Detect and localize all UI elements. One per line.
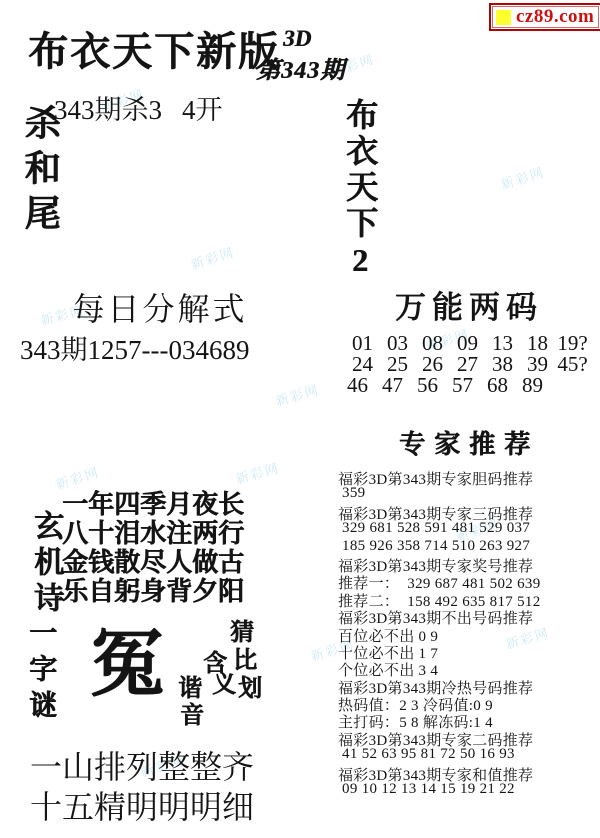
expert-lines: 福彩3D第343期专家胆码推荐 359 福彩3D第343期专家三码推荐 329 …	[338, 468, 600, 798]
expert-line: 福彩3D第343期专家二码推荐	[338, 729, 600, 746]
expert-line: 主打码：5 8 解冻码:1 4	[338, 711, 600, 728]
daily-decomposition-formula: 343期1257---034689	[20, 328, 300, 367]
expert-line: 个位必不出 3 4	[338, 659, 600, 676]
badge-square-icon	[496, 10, 511, 25]
expert-line: 热码值：2 3 冷码值:0 9	[338, 694, 600, 711]
two-code-value: 47	[375, 373, 410, 394]
two-code-value: 45?	[555, 352, 590, 373]
two-codes-section: 万能两码 01 03 08 09 13 18 19? 24 25 26 27 3…	[340, 282, 598, 394]
two-codes-title: 万能两码	[340, 282, 598, 327]
expert-section-title: 专家推荐	[338, 424, 600, 461]
expert-line: 41 52 63 95 81 72 50 16 93	[338, 746, 600, 763]
expert-line: 福彩3D第343期冷热号码推荐	[338, 677, 600, 694]
expert-line: 09 10 12 13 14 15 19 21 22	[338, 781, 600, 798]
riddle-hint-char: 划	[238, 668, 262, 703]
two-code-value: 39	[520, 352, 555, 373]
kill-sum-tail-vertical-label: 杀和尾	[22, 104, 58, 239]
daily-decomposition-title: 每日分解式	[20, 284, 300, 330]
two-code-value: 19?	[555, 331, 590, 352]
expert-recommendation-section: 专家推荐 福彩3D第343期专家胆码推荐 359 福彩3D第343期专家三码推荐…	[338, 424, 600, 798]
kill-summary-line: 343期杀34开	[54, 88, 223, 127]
riddle-hint-char: 音	[180, 695, 204, 730]
two-codes-row: 24 25 26 27 38 39 45?	[340, 352, 598, 373]
two-code-value: 08	[415, 331, 450, 352]
watermark: 新彩网	[273, 379, 322, 410]
watermark: 新彩网	[498, 162, 547, 194]
expert-line: 百位必不出 0 9	[338, 625, 600, 642]
footer-verse-line: 十五精明明明细	[30, 782, 254, 828]
site-badge[interactable]: cz89.com	[489, 3, 600, 31]
issue-label: 第343期	[256, 50, 345, 85]
expert-line: 福彩3D第343期不出号码推荐	[338, 607, 600, 624]
mystery-poem-vertical-label: 玄机诗	[30, 510, 60, 618]
page-title: 布衣天下新版	[28, 20, 280, 77]
riddle-hint-char: 义	[212, 664, 236, 699]
two-code-value: 01	[345, 331, 380, 352]
two-code-value: 68	[480, 373, 515, 394]
expert-line: 329 681 528 591 481 529 037	[338, 520, 600, 537]
poem-line: 乐自躬身背夕阳	[62, 577, 244, 606]
expert-line: 福彩3D第343期专家胆码推荐	[338, 468, 600, 485]
two-code-value: 24	[345, 352, 380, 373]
poem-line: 八十泪水注两行	[62, 519, 244, 548]
two-code-value: 09	[450, 331, 485, 352]
two-code-value: 56	[410, 373, 445, 394]
two-codes-grid: 01 03 08 09 13 18 19? 24 25 26 27 38 39 …	[340, 331, 598, 394]
two-codes-row: 01 03 08 09 13 18 19?	[340, 331, 598, 352]
expert-line: 福彩3D第343期专家奖号推荐	[338, 555, 600, 572]
watermark: 新彩网	[188, 242, 237, 274]
riddle-answer-character: 冤	[90, 628, 164, 702]
two-code-value: 03	[380, 331, 415, 352]
expert-line: 福彩3D第343期专家三码推荐	[338, 503, 600, 520]
two-code-value: 26	[415, 352, 450, 373]
two-code-value: 27	[450, 352, 485, 373]
expert-line: 福彩3D第343期专家和值推荐	[338, 764, 600, 781]
two-code-value: 18	[520, 331, 555, 352]
one-char-riddle-vertical-label: 一字谜	[26, 618, 54, 726]
expert-line: 推荐一： 329 687 481 502 639	[338, 572, 600, 589]
poem-line: 金钱散尽人做古	[62, 548, 244, 577]
poem-line: 一年四季月夜长	[62, 490, 244, 519]
brand-vertical-label: 布衣天下2	[344, 98, 376, 282]
expert-line: 推荐二： 158 492 635 817 512	[338, 590, 600, 607]
two-code-value: 89	[515, 373, 550, 394]
two-codes-row: 46 47 56 57 68 89	[340, 373, 598, 394]
watermark: 新彩网	[53, 462, 102, 494]
expert-line: 185 926 358 714 510 263 927	[338, 538, 600, 555]
kill-right-text: 4开	[182, 95, 223, 125]
site-badge-label: cz89.com	[516, 6, 594, 28]
two-code-value: 13	[485, 331, 520, 352]
mystery-poem: 一年四季月夜长 八十泪水注两行 金钱散尽人做古 乐自躬身背夕阳	[62, 490, 244, 606]
two-code-value: 57	[445, 373, 480, 394]
lottery-sheet-page: 新彩网 新彩网 新彩网 新彩网 新彩网 新彩网 新彩网 新彩网 新彩网 新彩网 …	[0, 0, 600, 838]
two-code-value: 25	[380, 352, 415, 373]
two-code-value: 38	[485, 352, 520, 373]
expert-line: 十位必不出 1 7	[338, 642, 600, 659]
two-code-value: 46	[340, 373, 375, 394]
edition-label: 3D	[283, 26, 311, 52]
kill-left-text: 343期杀3	[54, 95, 162, 125]
watermark: 新彩网	[233, 457, 282, 488]
